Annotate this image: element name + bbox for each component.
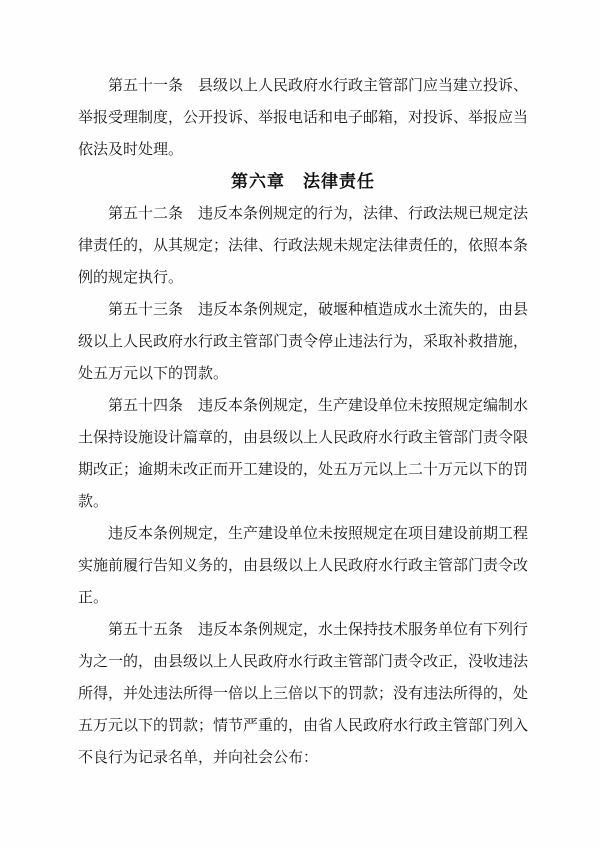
article-54-paragraph: 第五十四条 违反本条例规定，生产建设单位未按照规定编制水土保持设施设计篇章的，由… [78,390,528,518]
article-55-paragraph: 第五十五条 违反本条例规定，水土保持技术服务单位有下列行为之一的，由县级以上人民… [78,614,528,774]
article-51-paragraph: 第五十一条 县级以上人民政府水行政主管部门应当建立投诉、举报受理制度，公开投诉、… [78,70,528,166]
article-52-paragraph: 第五十二条 违反本条例规定的行为，法律、行政法规已规定法律责任的，从其规定；法律… [78,198,528,294]
document-page: 第五十一条 县级以上人民政府水行政主管部门应当建立投诉、举报受理制度，公开投诉、… [0,0,600,848]
article-53-paragraph: 第五十三条 违反本条例规定，破堰种植造成水土流失的，由县级以上人民政府水行政主管… [78,294,528,390]
chapter-6-heading: 第六章 法律责任 [78,166,528,198]
article-54-continuation-paragraph: 违反本条例规定，生产建设单位未按照规定在项目建设前期工程实施前履行告知义务的，由… [78,518,528,614]
